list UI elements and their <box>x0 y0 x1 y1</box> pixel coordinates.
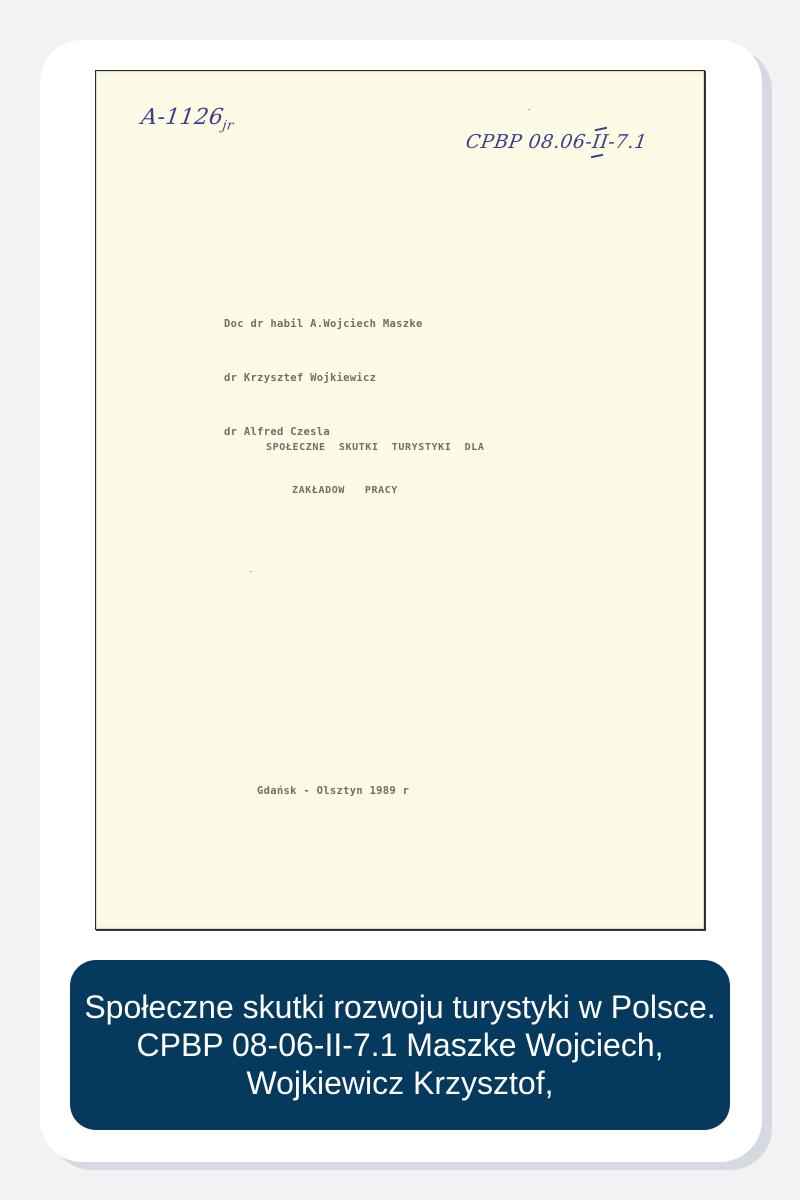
author-line: Doc dr habil A.Wojciech Maszke <box>224 315 423 333</box>
signature-suffix: jr <box>221 118 234 133</box>
place-and-year: Gdańsk - Olsztyn 1989 r <box>257 785 409 797</box>
handwritten-catalog-code: CPBP 08.06-II-7.1 <box>464 131 648 153</box>
paper-speck <box>528 109 530 110</box>
caption-text: Społeczne skutki rozwoju turystyki w Pol… <box>80 988 720 1102</box>
caption-panel[interactable]: Społeczne skutki rozwoju turystyki w Pol… <box>70 960 730 1130</box>
code-suffix: -7.1 <box>607 131 649 153</box>
author-line: dr Alfred Czesla <box>224 423 423 441</box>
document-title-line-2: ZAKŁADOW PRACY <box>292 485 398 496</box>
code-roman: II <box>591 131 610 153</box>
document-title-line-1: SPOŁECZNE SKUTKI TURYSTYKI DLA <box>266 442 484 453</box>
author-line: dr Krzysztef Wojkiewicz <box>224 369 423 387</box>
handwritten-signature: A-1126jr <box>139 105 237 133</box>
scanned-page[interactable]: A-1126jr CPBP 08.06-II-7.1 Doc dr habil … <box>95 70 705 930</box>
paper-speck <box>250 571 252 572</box>
code-prefix: CPBP 08.06- <box>464 131 594 153</box>
signature-text: A-1126 <box>139 105 225 130</box>
